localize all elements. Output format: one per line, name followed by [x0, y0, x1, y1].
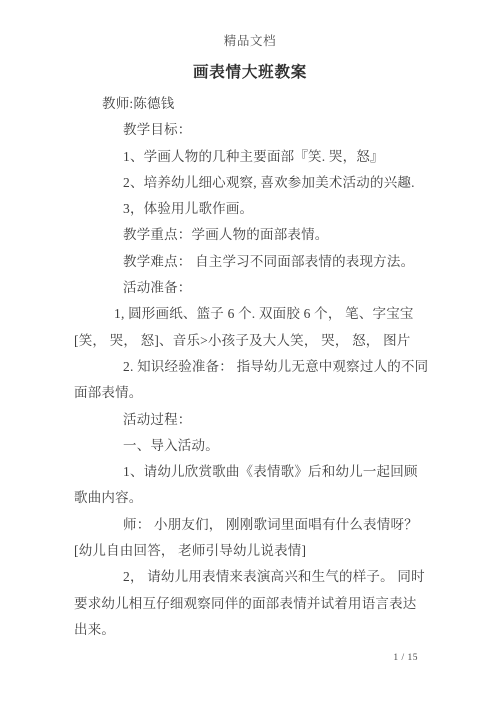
doc-line: 面部表情。	[74, 380, 426, 406]
doc-line: 教学难点： 自主学习不同面部表情的表现方法。	[74, 249, 426, 275]
doc-line: 2. 知识经验准备： 指导幼儿无意中观察过人的不同	[74, 354, 426, 380]
document-title: 画表情大班教案	[74, 63, 426, 83]
doc-line: 1, 圆形画纸、篮子 6 个. 双面胶 6 个， 笔、字宝宝	[74, 301, 426, 327]
doc-line: 一、导入活动。	[74, 433, 426, 459]
watermark-text: 精品文档	[74, 0, 426, 48]
doc-line: 活动过程：	[74, 407, 426, 433]
doc-line: 教学目标：	[74, 117, 426, 143]
doc-line: 2、培养幼儿细心观察, 喜欢参加美术活动的兴趣.	[74, 170, 426, 196]
doc-line: 要求幼儿相互仔细观察同伴的面部表情并试着用语言表达	[74, 591, 426, 617]
doc-line: 2， 请幼儿用表情来表演高兴和生气的样子。 同时	[74, 564, 426, 590]
doc-line: 出来。	[74, 617, 426, 643]
document-page: 精品文档 画表情大班教案 教师:陈德钱 教学目标： 1、学画人物的几种主要面部『…	[0, 0, 500, 707]
doc-line: 活动准备：	[74, 275, 426, 301]
doc-line: 1、请幼儿欣赏歌曲《表情歌》后和幼儿一起回顾	[74, 459, 426, 485]
doc-line: 1、学画人物的几种主要面部『笑. 哭，怒』	[74, 144, 426, 170]
page-number: 1 / 15	[393, 653, 418, 663]
document-body: 教师:陈德钱 教学目标： 1、学画人物的几种主要面部『笑. 哭，怒』 2、培养幼…	[74, 91, 426, 643]
doc-line: 3，体验用儿歌作画。	[74, 196, 426, 222]
doc-line: [幼儿自由回答， 老师引导幼儿说表情]	[74, 538, 426, 564]
doc-line: 歌曲内容。	[74, 485, 426, 511]
doc-line: 教学重点：学画人物的面部表情。	[74, 222, 426, 248]
doc-line: 师： 小朋友们， 刚刚歌词里面唱有什么表情呀？	[74, 512, 426, 538]
doc-line: [笑， 哭， 怒]、音乐>小孩子及大人笑， 哭， 怒， 图片	[74, 328, 426, 354]
doc-line-teacher: 教师:陈德钱	[74, 91, 426, 117]
